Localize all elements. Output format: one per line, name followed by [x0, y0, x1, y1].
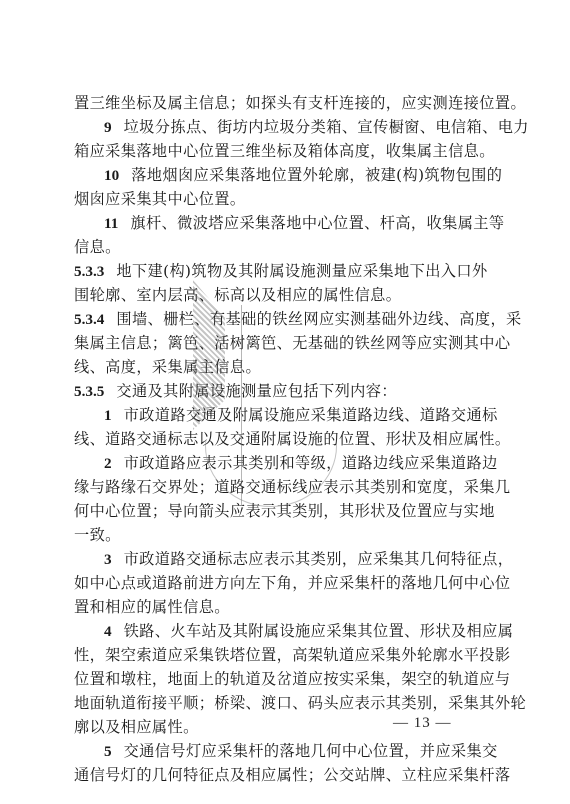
list-item-4: 4铁路、火车站及其附属设施应采集其位置、形状及相应属 [74, 619, 464, 643]
clause-5-3-4: 5.3.4围墙、栅栏、有基础的铁丝网应实测基础外边线、高度，采 [74, 307, 464, 331]
line-text: 市政道路应表示其类别和等级，道路边线应采集道路边 [124, 454, 498, 472]
list-item-2: 2市政道路应表示其类别和等级，道路边线应采集道路边 [74, 451, 464, 475]
clause-5-3-3: 5.3.3地下建(构)筑物及其附属设施测量应采集地下出入口外 [74, 259, 464, 283]
clause-number: 5.3.5 [74, 383, 104, 400]
line-text: 地面轨道衔接平顺；桥梁、渡口、码头应表示其类别，采集其外轮 [74, 694, 526, 712]
text-line: 如中心点或道路前进方向左下角，并应采集杆的落地几何中心位 [74, 571, 464, 595]
line-text: 落地烟囱应采集落地位置外轮廓，被建(构)筑物包围的 [131, 166, 502, 184]
line-text: 线、高度，采集属主信息。 [74, 358, 261, 376]
line-text: 市政道路交通标志应表示其类别，应采集其几何特征点， [124, 550, 514, 568]
item-number: 10 [104, 167, 119, 184]
item-number: 5 [104, 743, 112, 760]
line-text: 一致。 [74, 526, 121, 544]
list-item-3: 3市政道路交通标志应表示其类别，应采集其几何特征点， [74, 547, 464, 571]
line-text: 位置和墩柱，地面上的轨道及岔道应按实采集，架空的轨道应与 [74, 670, 510, 688]
text-line: 箱应采集落地中心位置三维坐标及箱体高度，收集属主信息。 [74, 139, 464, 163]
item-number: 3 [104, 551, 112, 568]
text-line: 线、道路交通标志以及交通附属设施的位置、形状及相应属性。 [74, 427, 464, 451]
line-text: 何中心位置；导向箭头应表示其类别，其形状及位置应与实地 [74, 502, 495, 520]
list-item-5: 5交通信号灯应采集杆的落地几何中心位置，并应采集交 [74, 739, 464, 763]
text-line: 信息。 [74, 235, 464, 259]
line-text: 信息。 [74, 238, 121, 256]
line-text: 垃圾分拣点、街坊内垃圾分类箱、宣传橱窗、电信箱、电力 [124, 118, 529, 136]
item-number: 9 [104, 119, 112, 136]
list-item-9: 9垃圾分拣点、街坊内垃圾分类箱、宣传橱窗、电信箱、电力 [74, 115, 464, 139]
text-line: 缘与路缘石交界处；道路交通标线应表示其类别和宽度，采集几 [74, 475, 464, 499]
line-text: 围墙、栅栏、有基础的铁丝网应实测基础外边线、高度，采 [116, 310, 521, 328]
list-item-11: 11旗杆、微波塔应采集落地中心位置、杆高，收集属主等 [74, 211, 464, 235]
text-line: 烟囱应采集其中心位置。 [74, 187, 464, 211]
list-item-1: 1市政道路交通及附属设施应采集道路边线、道路交通标 [74, 403, 464, 427]
document-page: 置三维坐标及属主信息；如探头有支杆连接的，应实测连接位置。 9垃圾分拣点、街坊内… [74, 91, 464, 787]
line-text: 围轮廓、室内层高、标高以及相应的属性信息。 [74, 286, 401, 304]
item-number: 1 [104, 407, 112, 424]
text-line: 线、高度，采集属主信息。 [74, 355, 464, 379]
line-text: 通信号灯的几何特征点及相应属性；公交站牌、立柱应采集杆落 [74, 766, 510, 784]
text-line: 置三维坐标及属主信息；如探头有支杆连接的，应实测连接位置。 [74, 91, 464, 115]
item-number: 2 [104, 455, 112, 472]
clause-number: 5.3.4 [74, 311, 104, 328]
text-line: 通信号灯的几何特征点及相应属性；公交站牌、立柱应采集杆落 [74, 763, 464, 787]
text-line: 性，架空索道应采集铁塔位置，高架轨道应采集外轮廓水平投影 [74, 643, 464, 667]
line-text: 廓以及相应属性。 [74, 718, 199, 736]
clause-number: 5.3.3 [74, 263, 104, 280]
line-text: 性，架空索道应采集铁塔位置，高架轨道应采集外轮廓水平投影 [74, 646, 510, 664]
item-number: 4 [104, 623, 112, 640]
text-line: 置和相应的属性信息。 [74, 595, 464, 619]
item-number: 11 [104, 215, 118, 232]
line-text: 置三维坐标及属主信息；如探头有支杆连接的，应实测连接位置。 [74, 94, 526, 112]
text-line: 地面轨道衔接平顺；桥梁、渡口、码头应表示其类别，采集其外轮 [74, 691, 464, 715]
line-text: 市政道路交通及附属设施应采集道路边线、道路交通标 [124, 406, 498, 424]
line-text: 箱应采集落地中心位置三维坐标及箱体高度，收集属主信息。 [74, 142, 495, 160]
text-line: 围轮廓、室内层高、标高以及相应的属性信息。 [74, 283, 464, 307]
text-line: 一致。 [74, 523, 464, 547]
text-line: 集属主信息；篱笆、活树篱笆、无基础的铁丝网等应实测其中心 [74, 331, 464, 355]
line-text: 地下建(构)筑物及其附属设施测量应采集地下出入口外 [116, 262, 487, 280]
line-text: 交通信号灯应采集杆的落地几何中心位置，并应采集交 [124, 742, 498, 760]
line-text: 交通及其附属设施测量应包括下列内容： [116, 382, 397, 400]
line-text: 烟囱应采集其中心位置。 [74, 190, 245, 208]
line-text: 线、道路交通标志以及交通附属设施的位置、形状及相应属性。 [74, 430, 510, 448]
clause-5-3-5: 5.3.5交通及其附属设施测量应包括下列内容： [74, 379, 464, 403]
line-text: 置和相应的属性信息。 [74, 598, 230, 616]
line-text: 铁路、火车站及其附属设施应采集其位置、形状及相应属 [124, 622, 514, 640]
page-number: — 13 — [393, 715, 452, 732]
text-line: 位置和墩柱，地面上的轨道及岔道应按实采集，架空的轨道应与 [74, 667, 464, 691]
line-text: 集属主信息；篱笆、活树篱笆、无基础的铁丝网等应实测其中心 [74, 334, 510, 352]
line-text: 如中心点或道路前进方向左下角，并应采集杆的落地几何中心位 [74, 574, 510, 592]
text-line: 何中心位置；导向箭头应表示其类别，其形状及位置应与实地 [74, 499, 464, 523]
line-text: 缘与路缘石交界处；道路交通标线应表示其类别和宽度，采集几 [74, 478, 510, 496]
list-item-10: 10落地烟囱应采集落地位置外轮廓，被建(构)筑物包围的 [74, 163, 464, 187]
line-text: 旗杆、微波塔应采集落地中心位置、杆高，收集属主等 [130, 214, 504, 232]
